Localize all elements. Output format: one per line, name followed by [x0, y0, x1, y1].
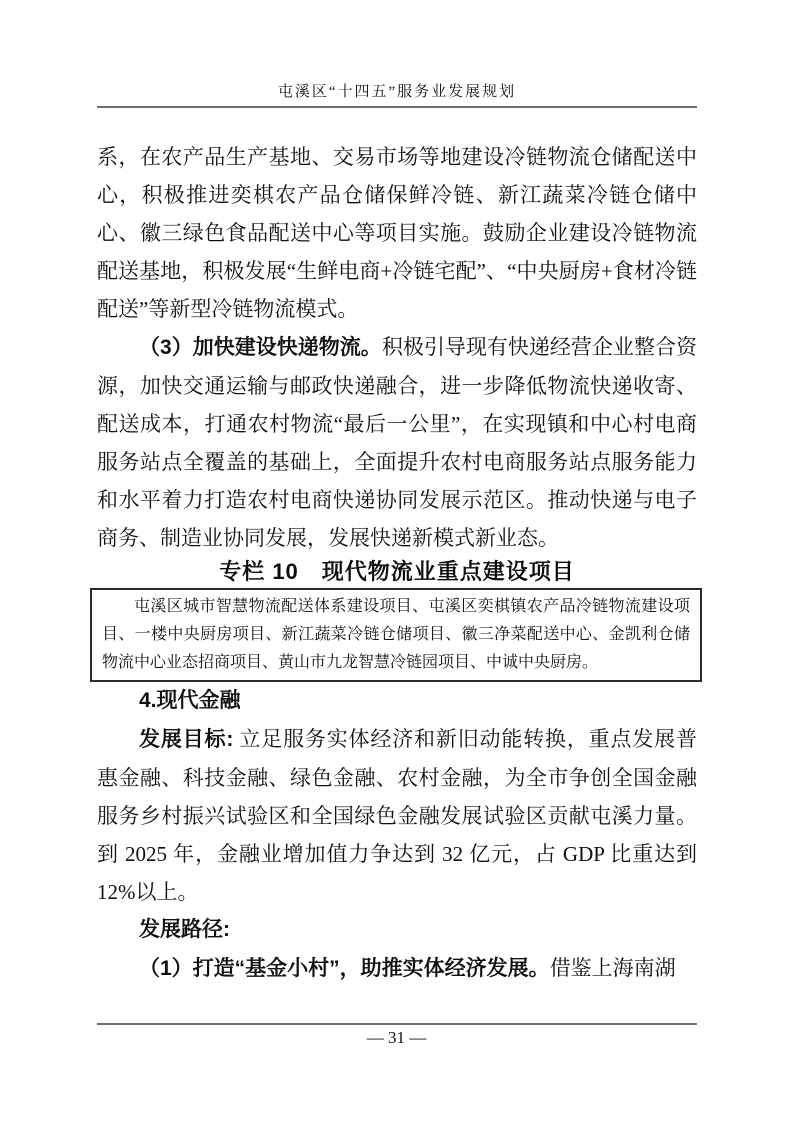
paragraph-fund-village: （1）打造“基金小村”，助推实体经济发展。借鉴上海南湖 [97, 949, 697, 988]
paragraph-cold-chain: 系，在农产品生产基地、交易市场等地建设冷链物流仓储配送中心，积极推进奕棋农产品仓… [97, 138, 697, 328]
development-goal-label: 发展目标: [139, 728, 233, 751]
paragraph-express-logistics: （3）加快建设快递物流。积极引导现有快递经营企业整合资源，加快交通运输与邮政快递… [97, 328, 697, 557]
page-content: 系，在农产品生产基地、交易市场等地建设冷链物流仓储配送中心，积极推进奕棋农产品仓… [97, 119, 697, 988]
paragraph-express-lead: （3）加快建设快递物流。 [139, 336, 382, 359]
page-header: 屯溪区“十四五”服务业发展规划 [97, 82, 697, 116]
paragraph-fund-village-rest: 借鉴上海南湖 [550, 956, 676, 980]
page-number: — 31 — [0, 1028, 793, 1048]
document-title: 屯溪区“十四五”服务业发展规划 [97, 82, 697, 102]
key-projects-text: 屯溪区城市智慧物流配送体系建设项目、屯溪区奕棋镇农产品冷链物流建设项目、一楼中央… [102, 593, 690, 677]
key-projects-box: 屯溪区城市智慧物流配送体系建设项目、屯溪区奕棋镇农产品冷链物流建设项目、一楼中央… [90, 588, 702, 682]
paragraph-express-rest: 积极引导现有快递经营企业整合资源，加快交通运输与邮政快递融合，进一步降低物流快递… [97, 335, 697, 550]
projects-box-title: 专栏 10 现代物流业重点建设项目 [97, 559, 697, 585]
section-heading-modern-finance: 4.现代金融 [97, 682, 697, 720]
footer-rule [97, 1023, 697, 1025]
paragraph-fund-village-lead: （1）打造“基金小村”，助推实体经济发展。 [139, 957, 550, 980]
development-path-label: 发展路径: [97, 911, 697, 949]
development-goal-text: 立足服务实体经济和新旧动能转换，重点发展普惠金融、科技金融、绿色金融、农村金融，… [97, 727, 697, 904]
header-rule [97, 106, 697, 108]
document-page: 屯溪区“十四五”服务业发展规划 系，在农产品生产基地、交易市场等地建设冷链物流仓… [0, 0, 793, 1122]
paragraph-development-goal: 发展目标: 立足服务实体经济和新旧动能转换，重点发展普惠金融、科技金融、绿色金融… [97, 720, 697, 911]
